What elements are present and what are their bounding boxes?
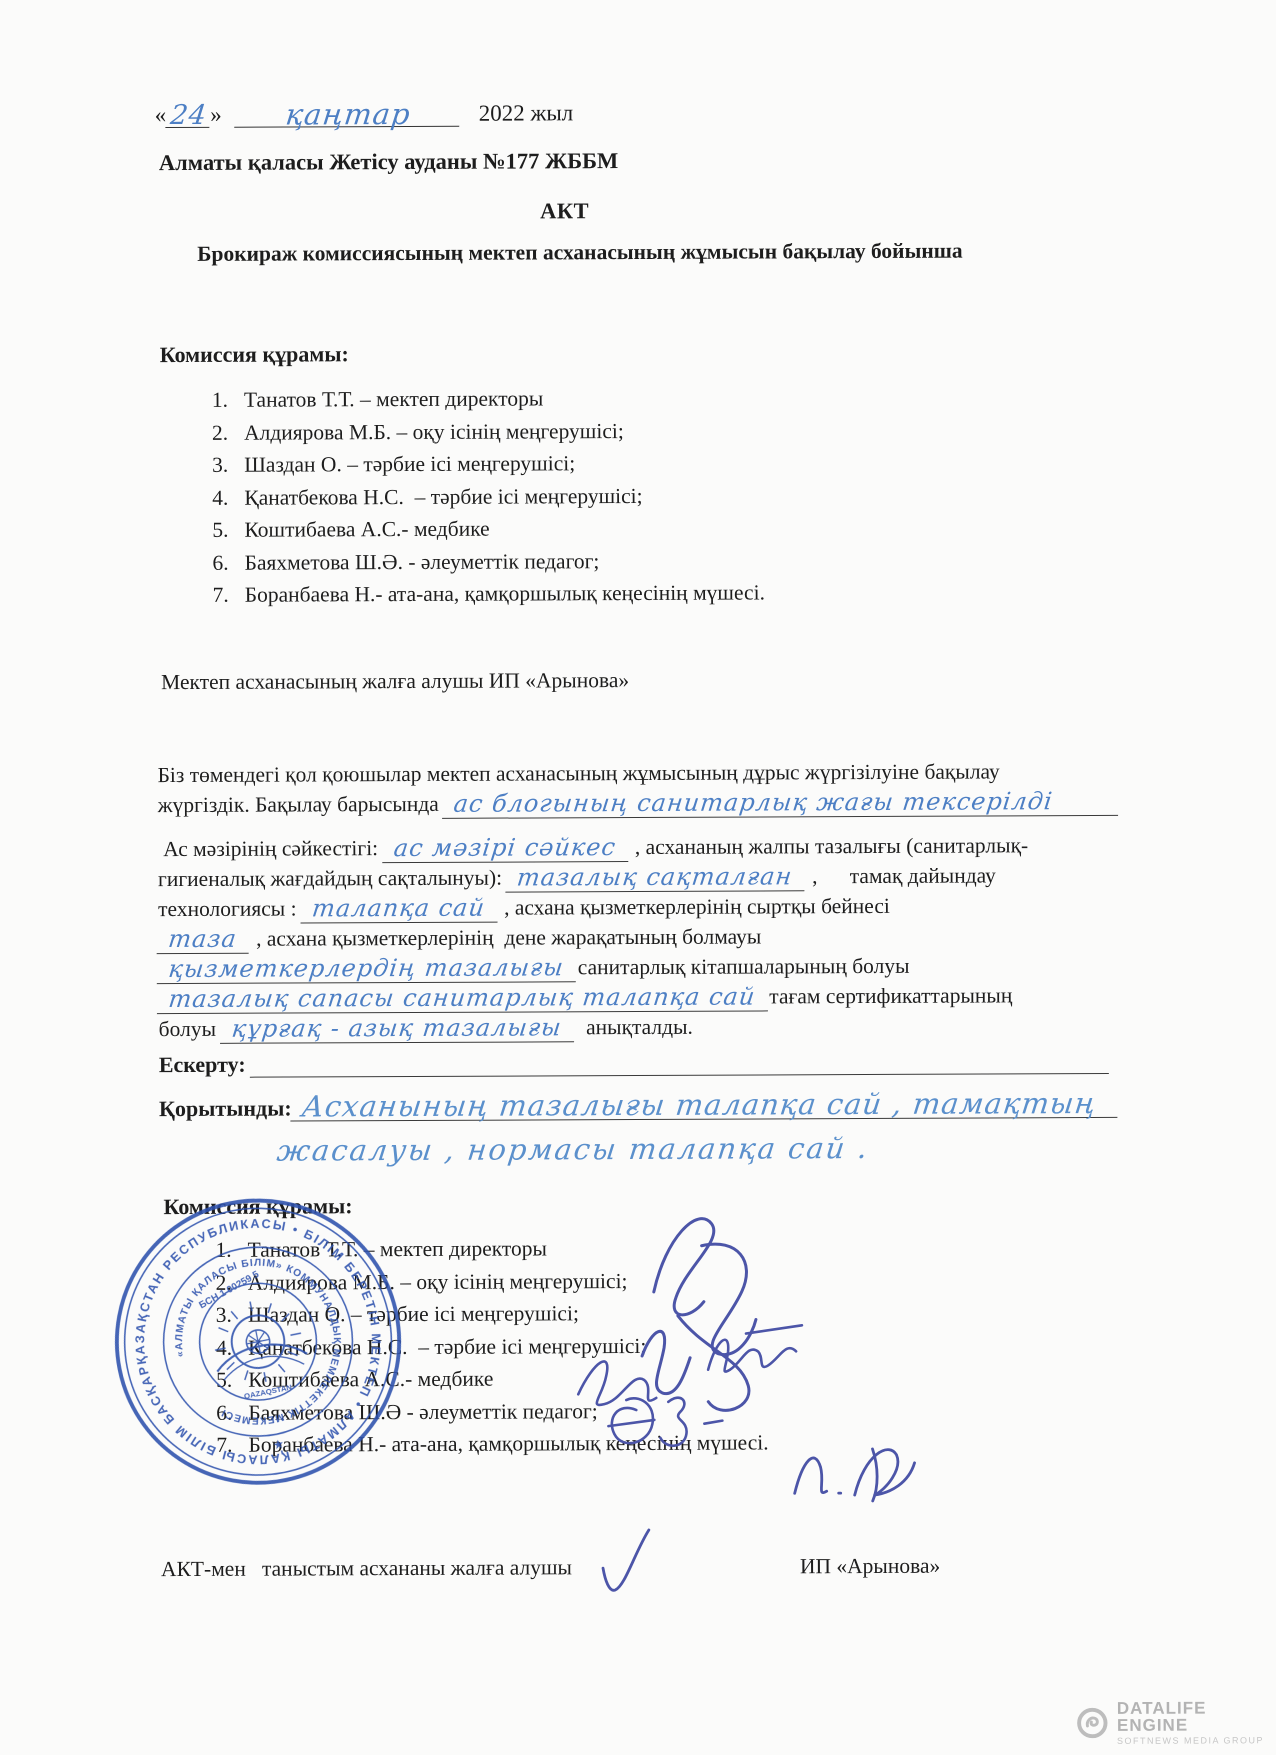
member-text: Шаздан О. – тәрбие ісі меңгерушісі;: [244, 447, 575, 481]
handwritten-entry: талапқа сай: [300, 895, 500, 924]
org-title: Алматы қаласы Жетісу ауданы №177 ЖББМ: [159, 148, 618, 176]
conclusion-label: Қорытынды:: [159, 1096, 292, 1123]
date-line: « 24 » қаңтар 2022 жыл: [155, 100, 574, 128]
printed-text: санитарлық кітапшаларының болуы: [578, 951, 910, 982]
form-line: Ас мәзірінің сәйкестігі: ас мәзірі сәйке…: [158, 830, 1120, 864]
handwritten-entry: ас блогының санитарлық жағы тексерілді: [443, 788, 1122, 819]
handwritten-entry: құрғақ - азық тазалығы: [220, 1014, 577, 1044]
form-line: Біз төмендегі қол қоюшылар мектеп асхана…: [157, 756, 1119, 790]
stamp-emblem: [205, 1293, 311, 1391]
form-line: гигиеналық жағдайдың сақталынуы): тазалы…: [158, 860, 1120, 894]
stamp-center-text: QAZAQSTAN: [243, 1382, 293, 1400]
printed-text: , асхана қызметкерлерінің дене жарақатын…: [251, 921, 762, 953]
printed-text: Ас мәзірінің сәйкестігі:: [158, 833, 384, 864]
handwritten-entry: ас мәзірі сәйкес: [382, 834, 631, 863]
printed-text: , тамақ дайындау: [807, 860, 996, 891]
handwritten-entry: қызметкерлердің тазалығы: [157, 954, 580, 984]
blank-fill-line: [250, 1048, 1109, 1078]
conclusion-row: Қорытынды: Асханының тазалығы талапқа са…: [159, 1090, 1119, 1122]
printed-text: , асхана қызметкерлерінің сыртқы бейнесі: [499, 891, 890, 923]
commission-member-row: 5.Коштибаева А.С.- медбике: [194, 510, 1054, 546]
datalife-watermark: DATALIFE ENGINE SOFTNEWS MEDIA GROUP: [1076, 1699, 1276, 1746]
form-line: технологиясы : талапқа сай , асхана қызм…: [158, 890, 1120, 924]
school-round-stamp: ҚАЗАҚСТАН РЕСПУБЛИКАСЫ • БІЛІМ БЕРЕТІН М…: [86, 1170, 429, 1513]
stamp-star: ★: [272, 1437, 286, 1453]
handwritten-day: 24: [165, 105, 212, 128]
commission-member-row: 3.Шаздан О. – тәрбие ісі меңгерушісі;: [194, 445, 1054, 481]
commission-member-row: 7.Боранбаева Н.- ата-ана, қамқоршылық ке…: [195, 575, 1055, 611]
open-quote: «: [155, 102, 167, 128]
member-number: 7.: [195, 579, 229, 612]
handwritten-conclusion-line1: Асханының тазалығы талапқа сай , тамақты…: [290, 1090, 1121, 1122]
note-label: Ескерту:: [159, 1052, 246, 1078]
member-text: Баяхметова Ш.Ә. - әлеуметтік педагог;: [245, 545, 600, 579]
member-number: 5.: [194, 514, 228, 547]
tenant-line: Мектеп асханасының жалға алушы ИП «Арыно…: [161, 668, 629, 695]
member-number: 4.: [194, 481, 228, 514]
printed-text: жүргіздік. Бақылау барысында: [158, 789, 445, 820]
datalife-eye-icon: [1076, 1706, 1109, 1740]
year-label: 2022 жыл: [479, 100, 574, 126]
watermark-subtitle: SOFTNEWS MEDIA GROUP: [1117, 1735, 1276, 1746]
printed-text: гигиеналық жағдайдың сақталынуы):: [158, 863, 508, 895]
member-text: Боранбаева Н.- ата-ана, қамқоршылық кеңе…: [245, 576, 765, 611]
member-text: Танатов Т.Т. – мектеп директоры: [244, 382, 543, 416]
document-type-title: АКТ: [540, 198, 589, 224]
form-line: қызметкерлердің тазалығысанитарлық кітап…: [158, 950, 1120, 984]
member-text: Қанатбекова Н.С. – тәрбие ісі меңгерушіс…: [244, 479, 642, 513]
form-line: тазалық сапасы санитарлық талапқа сайтағ…: [158, 980, 1120, 1014]
member-number: 3.: [194, 449, 228, 482]
printed-text: технологиясы :: [158, 893, 302, 924]
printed-text: Біз төмендегі қол қоюшылар мектеп асхана…: [157, 756, 999, 790]
commission-member-row: 4.Қанатбекова Н.С. – тәрбие ісі меңгеруш…: [194, 478, 1054, 514]
commission-list: 1.Танатов Т.Т. – мектеп директоры2.Алдия…: [194, 380, 1055, 611]
handwritten-entry: тазалық сақталған: [506, 863, 809, 892]
commission-member-row: 6.Баяхметова Ш.Ә. - әлеуметтік педагог;: [195, 543, 1055, 579]
note-row: Ескерту:: [159, 1048, 1109, 1078]
watermark-title: DATALIFE ENGINE: [1117, 1699, 1276, 1734]
printed-text: анықталды.: [575, 1012, 693, 1043]
commission-member-row: 2.Алдиярова М.Б. – оқу ісінің меңгерушіс…: [194, 413, 1054, 449]
handwritten-month: қаңтар: [234, 102, 462, 128]
svg-text:ҚАЗАҚСТАН РЕСПУБЛИКАСЫ • БІЛІМ: ҚАЗАҚСТАН РЕСПУБЛИКАСЫ • БІЛІМ БЕРЕТІН М…: [86, 1170, 405, 1494]
commission-member-row: 1.Танатов Т.Т. – мектеп директоры: [194, 380, 1054, 416]
printed-text: болуы: [159, 1014, 222, 1044]
printed-text: тағам сертификаттарының: [769, 980, 1012, 1011]
member-number: 6.: [195, 546, 229, 579]
member-text: Коштибаева А.С.- медбике: [244, 513, 489, 547]
form-line: жүргіздік. Бақылау барысында ас блогының…: [158, 786, 1120, 820]
conclusion-row-2: жасалуы , нормасы талапқа сай .: [277, 1131, 869, 1169]
scanned-document-page: « 24 » қаңтар 2022 жыл Алматы қаласы Жет…: [0, 0, 1276, 1755]
printed-text: , асхананың жалпы тазалығы (санитарлық-: [629, 830, 1028, 862]
handwritten-conclusion-line2: жасалуы , нормасы талапқа сай .: [275, 1131, 871, 1168]
stamp-outer-ring-text: ҚАЗАҚСТАН РЕСПУБЛИКАСЫ • БІЛІМ БЕРЕТІН М…: [86, 1170, 405, 1494]
member-number: 1.: [194, 384, 228, 417]
form-line: болуы құрғақ - азық тазалығы анықталды.: [159, 1010, 1121, 1044]
inspection-form-body: Біз төмендегі қол қоюшылар мектеп асхана…: [157, 756, 1120, 1044]
member-text: Алдиярова М.Б. – оқу ісінің меңгерушісі;: [244, 415, 624, 449]
acknowledgement-row: АКТ-мен таныстым асхананы жалға алушы ИП…: [161, 1553, 1121, 1582]
handwritten-entry: тазалық сапасы санитарлық талапқа сай: [157, 983, 771, 1014]
handwritten-entry: таза: [157, 926, 253, 954]
form-line: таза , асхана қызметкерлерінің дене жара…: [158, 920, 1120, 954]
commission-heading: Комиссия құрамы:: [160, 341, 349, 368]
member-number: 2.: [194, 416, 228, 449]
ack-tenant: ИП «Арынова»: [800, 1554, 940, 1580]
document-subtitle: Брокираж комиссиясының мектеп асханасыны…: [197, 238, 1127, 267]
ack-text: АКТ-мен таныстым асхананы жалға алушы: [161, 1555, 572, 1582]
